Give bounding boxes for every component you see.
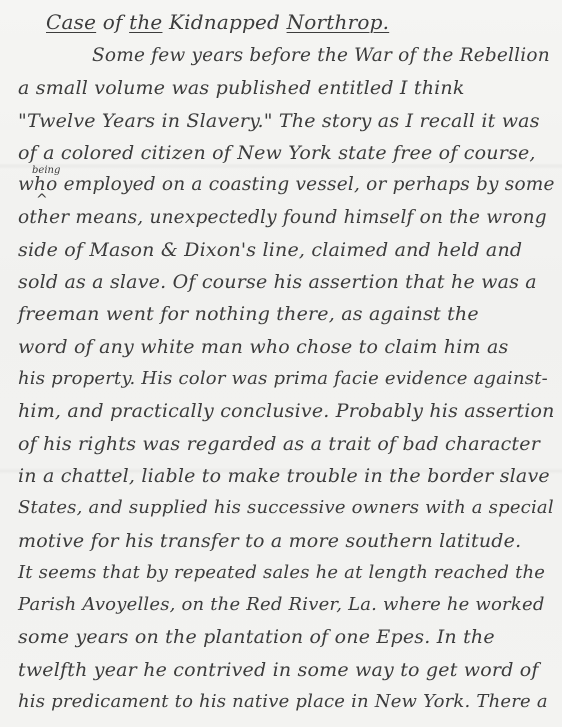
manuscript-line: his property. His color was prima facie … bbox=[18, 368, 548, 389]
title-word: Northrop. bbox=[287, 10, 390, 34]
manuscript-line: side of Mason & Dixon's line, claimed an… bbox=[18, 239, 522, 261]
manuscript-page: Case of the Kidnapped Northrop. being ^ … bbox=[0, 0, 562, 727]
title-word: Kidnapped bbox=[169, 10, 280, 34]
manuscript-line: a small volume was published entitled I … bbox=[18, 77, 465, 99]
manuscript-line: some years on the plantation of one Epes… bbox=[18, 626, 495, 648]
manuscript-line: It seems that by repeated sales he at le… bbox=[18, 562, 545, 583]
manuscript-line: word of any white man who chose to claim… bbox=[18, 336, 508, 358]
manuscript-line: Parish Avoyelles, on the Red River, La. … bbox=[18, 594, 545, 615]
manuscript-line: his predicament to his native place in N… bbox=[18, 691, 548, 712]
manuscript-line: other means, unexpectedly found himself … bbox=[18, 207, 547, 228]
paper-fold bbox=[0, 163, 562, 169]
manuscript-line: him, and practically conclusive. Probabl… bbox=[18, 400, 555, 422]
manuscript-line: freeman went for nothing there, as again… bbox=[18, 303, 479, 325]
manuscript-line: of a colored citizen of New York state f… bbox=[18, 142, 536, 164]
manuscript-line: States, and supplied his successive owne… bbox=[18, 497, 554, 518]
manuscript-line: "Twelve Years in Slavery." The story as … bbox=[18, 110, 540, 132]
manuscript-line: sold as a slave. Of course his assertion… bbox=[18, 271, 537, 293]
document-title: Case of the Kidnapped Northrop. bbox=[46, 10, 389, 34]
title-word: Case bbox=[46, 10, 96, 34]
manuscript-line: motive for his transfer to a more southe… bbox=[18, 530, 521, 552]
manuscript-line: twelfth year he contrived in some way to… bbox=[18, 659, 539, 681]
manuscript-line: who employed on a coasting vessel, or pe… bbox=[18, 174, 555, 195]
title-word: the bbox=[129, 10, 162, 34]
manuscript-line: of his rights was regarded as a trait of… bbox=[18, 433, 540, 455]
manuscript-line: Some few years before the War of the Reb… bbox=[92, 45, 550, 66]
title-word: of bbox=[103, 10, 123, 34]
manuscript-line: in a chattel, liable to make trouble in … bbox=[18, 465, 550, 487]
